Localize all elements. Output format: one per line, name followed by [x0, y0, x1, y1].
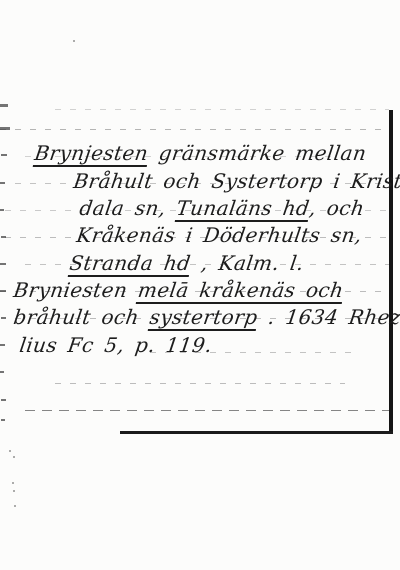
- margin-tick: [0, 344, 5, 346]
- text-segment: Bråhult och Systertorp i Krist-: [72, 169, 400, 193]
- margin-tick: [0, 371, 4, 373]
- handwriting-line-1: Brynjesten gränsmärke mellan: [33, 141, 368, 165]
- margin-tick: [0, 182, 5, 184]
- text-segment: , och: [308, 196, 366, 220]
- text-segment: Bryniesten: [12, 278, 140, 302]
- scan-speck: [13, 490, 15, 492]
- text-segment: , Kalm. l.: [189, 251, 306, 275]
- margin-tick: [1, 236, 6, 238]
- handwriting-line-6: Bryniesten melā kråkenäs och: [12, 278, 345, 302]
- text-segment: lius Fc 5, p. 119.: [18, 333, 214, 357]
- handwriting-line-4: Kråkenäs i Döderhults sn,: [75, 223, 364, 247]
- scan-speck: [14, 505, 16, 507]
- card-right-edge: [389, 110, 393, 434]
- handwriting-line-3: dala sn, Tunaläns hd, och: [78, 196, 366, 220]
- underlined-text: Brynjesten: [33, 141, 150, 167]
- margin-tick: [1, 399, 6, 401]
- text-segment: Kråkenäs i Döderhults sn,: [75, 223, 364, 247]
- underlined-text: Tunaläns hd: [175, 196, 312, 222]
- margin-tick: [0, 290, 6, 292]
- ruled-line: [0, 129, 389, 130]
- margin-tick: [0, 263, 6, 265]
- margin-tick: [1, 317, 6, 319]
- underlined-text: systertorp: [148, 305, 259, 331]
- margin-tick: [0, 209, 4, 211]
- handwriting-line-5: Stranda hd , Kalm. l.: [68, 251, 305, 275]
- margin-tick: [1, 154, 7, 156]
- margin-tick: [1, 419, 5, 421]
- margin-tick: [0, 104, 8, 107]
- ruled-line: [25, 410, 389, 411]
- text-segment: gränsmärke mellan: [147, 141, 369, 165]
- handwriting-line-8: lius Fc 5, p. 119.: [18, 333, 214, 357]
- scan-speck: [12, 482, 14, 484]
- scan-speck: [13, 456, 15, 458]
- ruled-line: [55, 109, 389, 110]
- scanned-index-card: Brynjesten gränsmärke mellan Bråhult och…: [0, 0, 400, 570]
- text-segment: . 1634 Rheze-: [256, 305, 400, 329]
- handwriting-line-7: bråhult och systertorp . 1634 Rheze-: [12, 305, 400, 329]
- card-bottom-edge: [120, 431, 393, 434]
- underlined-text: melā kråkenäs och: [136, 278, 345, 304]
- underlined-text: Stranda hd: [68, 251, 193, 277]
- margin-tick: [0, 127, 10, 130]
- text-segment: dala sn,: [78, 196, 178, 220]
- handwriting-line-2: Bråhult och Systertorp i Krist-: [72, 169, 400, 193]
- ruled-line: [55, 383, 345, 384]
- text-segment: bråhult och: [12, 305, 151, 329]
- scan-speck: [73, 40, 75, 42]
- scan-speck: [9, 450, 11, 452]
